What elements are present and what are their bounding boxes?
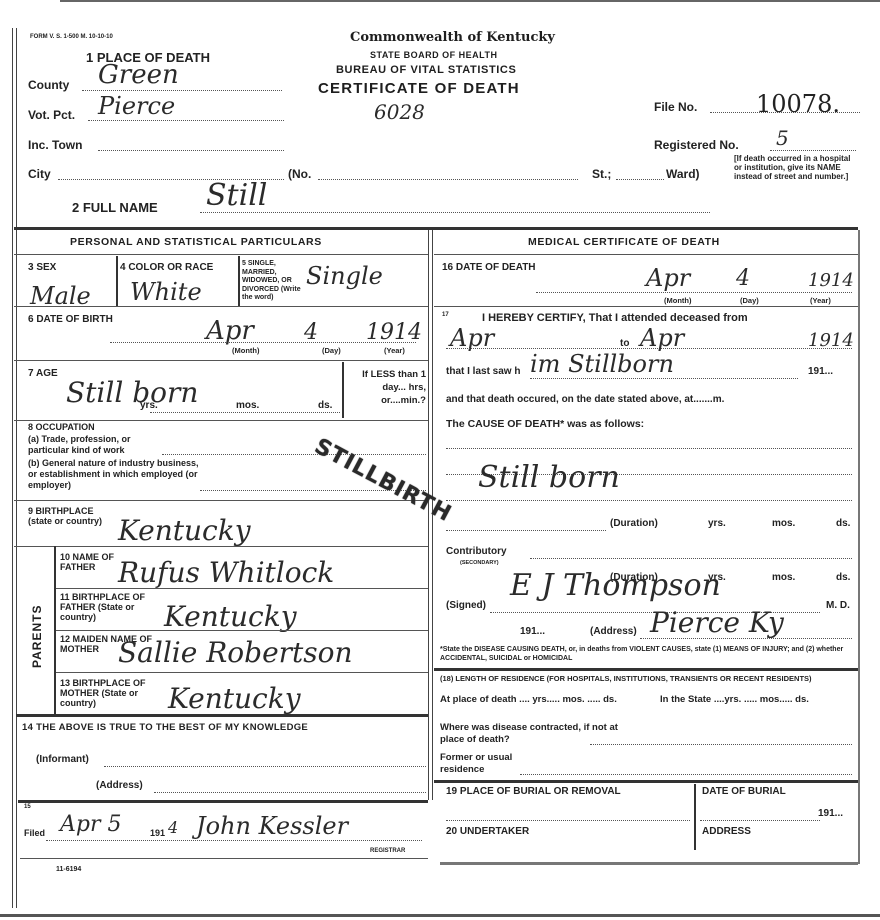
cause-line-3[interactable] xyxy=(446,500,852,501)
burial-date-field[interactable] xyxy=(700,820,820,821)
bureau-title: BUREAU OF VITAL STATISTICS xyxy=(336,64,516,76)
header-divider xyxy=(14,227,858,230)
registered-no-value: 5 xyxy=(776,126,789,150)
dob-year-caption: (Year) xyxy=(384,346,405,355)
undertaker-address-label: ADDRESS xyxy=(702,826,751,837)
board-title: STATE BOARD OF HEALTH xyxy=(370,50,498,60)
dob-day-caption: (Day) xyxy=(322,346,341,355)
parents-label: PARENTS xyxy=(30,605,44,668)
mother-birthplace-value: Kentucky xyxy=(168,682,301,715)
mother-maiden-value: Sallie Robertson xyxy=(118,636,353,669)
duration-yrs-1: yrs. xyxy=(708,518,726,529)
inc-town-field[interactable] xyxy=(98,150,284,151)
county-value: Green xyxy=(98,60,179,90)
registered-no-field[interactable] xyxy=(770,150,856,151)
signed-year: 191... xyxy=(520,626,545,637)
full-name-field[interactable] xyxy=(200,212,710,213)
full-name-value: Still xyxy=(206,178,267,213)
duration-label-1: (Duration) xyxy=(610,518,658,529)
county-label: County xyxy=(28,78,69,92)
section-15: 15 xyxy=(24,804,31,810)
last-saw-field[interactable] xyxy=(530,378,798,379)
cause-line-1[interactable] xyxy=(446,448,852,449)
birthplace-value: Kentucky xyxy=(118,514,251,547)
filed-year-prefix: 191 xyxy=(150,828,165,838)
occupation-b: (b) General nature of industry business,… xyxy=(28,458,204,491)
row-rule-5 xyxy=(14,546,428,547)
age-mos: mos. xyxy=(236,400,259,411)
occupation-a-field[interactable] xyxy=(162,454,426,455)
informant-label: (Informant) xyxy=(36,754,89,765)
burial-place-label: 19 PLACE OF BURIAL OR REMOVAL xyxy=(446,786,621,797)
marital-label: 5 SINGLE, MARRIED, WIDOWED, OR DIVORCED … xyxy=(242,260,306,303)
age-ds: ds. xyxy=(318,400,332,411)
age-value: Still born xyxy=(66,376,198,409)
death-occurred-text: and that death occured, on the date stat… xyxy=(446,394,724,405)
burial-date-label: DATE OF BURIAL xyxy=(702,786,786,797)
attended-to-year: 1914 xyxy=(808,330,854,351)
dob-label: 6 DATE OF BIRTH xyxy=(28,314,113,325)
informant-address-label: (Address) xyxy=(96,780,143,791)
personal-heading: PERSONAL AND STATISTICAL PARTICULARS xyxy=(70,236,322,248)
vot-pct-label: Vot. Pct. xyxy=(28,108,75,122)
medical-rule-1 xyxy=(434,306,858,307)
vot-pct-field[interactable] xyxy=(88,120,284,121)
row-rule-2 xyxy=(14,360,428,361)
age-yrs: yrs. xyxy=(140,400,158,411)
city-label: City xyxy=(28,167,51,181)
father-birthplace-value: Kentucky xyxy=(164,600,297,633)
dob-day: 4 xyxy=(304,320,318,345)
birthplace-label: 9 BIRTHPLACE (state or country) xyxy=(28,506,108,526)
stillbirth-stamp: STILLBIRTH xyxy=(310,434,455,527)
race-marital-divider xyxy=(238,256,240,306)
informant-bottom-rule xyxy=(18,800,428,803)
dod-day-caption: (Day) xyxy=(740,296,759,305)
sex-race-divider xyxy=(116,256,118,306)
secondary-label: (SECONDARY) xyxy=(460,560,499,566)
former-residence-field[interactable] xyxy=(520,774,852,775)
filed-date: Apr 5 xyxy=(60,812,121,837)
parents-divider xyxy=(54,546,56,658)
burial-place-field[interactable] xyxy=(446,820,690,821)
inc-town-label: Inc. Town xyxy=(28,138,82,152)
parents-rule-3 xyxy=(56,672,428,673)
parents-rule-2 xyxy=(56,630,428,631)
county-field[interactable] xyxy=(82,90,282,91)
left-border xyxy=(12,28,17,908)
informant-address-field[interactable] xyxy=(154,792,426,793)
no-label: (No. xyxy=(288,167,311,181)
ward-label: Ward) xyxy=(666,167,700,181)
where-contracted: Where was disease contracted, if not at … xyxy=(440,722,640,746)
registered-no-label: Registered No. xyxy=(654,138,739,152)
contributory-label: Contributory xyxy=(446,546,507,557)
filed-field[interactable] xyxy=(46,840,422,841)
burial-year: 191... xyxy=(818,808,843,819)
doctor-address-value: Pierce Ky xyxy=(650,606,784,639)
where-contracted-field[interactable] xyxy=(590,744,852,745)
dob-month-caption: (Month) xyxy=(232,346,259,355)
filed-bottom-rule xyxy=(20,858,428,859)
ward-field[interactable] xyxy=(616,179,664,180)
registrar-signature: John Kessler xyxy=(196,812,348,840)
footer-code: 11-6194 xyxy=(56,866,81,873)
less-than-note: If LESS than 1 day... hrs, or....min.? xyxy=(346,368,426,407)
parents-rule-1 xyxy=(56,588,428,589)
sex-label: 3 SEX xyxy=(28,262,56,273)
father-name-label: 10 NAME OF FATHER xyxy=(60,552,120,572)
duration-mos-1: mos. xyxy=(772,518,795,529)
certificate-title: CERTIFICATE OF DEATH xyxy=(318,80,520,97)
mother-birthplace-label: 13 BIRTHPLACE OF MOTHER (State or countr… xyxy=(60,678,170,708)
top-border xyxy=(60,0,880,2)
doctor-address-field[interactable] xyxy=(640,638,852,639)
residence-heading: (18) LENGTH OF RESIDENCE (FOR HOSPITALS,… xyxy=(440,674,856,683)
occupation-label: 8 OCCUPATION xyxy=(28,422,95,432)
burial-bottom-rule xyxy=(440,862,858,865)
doctor-address-label: (Address) xyxy=(590,626,637,637)
dod-day: 4 xyxy=(736,266,750,291)
residence-bottom-rule xyxy=(434,780,858,783)
marital-value: Single xyxy=(306,262,383,290)
medical-heading: MEDICAL CERTIFICATE OF DEATH xyxy=(528,236,720,248)
last-saw-value: im Stillborn xyxy=(530,350,674,378)
signed-label: (Signed) xyxy=(446,600,486,611)
father-birthplace-label: 11 BIRTHPLACE OF FATHER (State or countr… xyxy=(60,592,150,622)
undertaker-label: 20 UNDERTAKER xyxy=(446,826,529,837)
parents-bottom-rule xyxy=(16,714,428,717)
cause-label: The CAUSE OF DEATH* was as follows: xyxy=(446,418,644,430)
burial-divider xyxy=(694,784,696,850)
dob-year: 1914 xyxy=(366,320,422,345)
cause-duration-field[interactable] xyxy=(446,530,606,531)
age-label: 7 AGE xyxy=(28,368,58,379)
occupation-a: (a) Trade, profession, or particular kin… xyxy=(28,434,168,456)
vot-pct-value: Pierce xyxy=(98,92,175,120)
last-saw-label: that I last saw h xyxy=(446,366,520,377)
date-of-death-field[interactable] xyxy=(536,292,852,293)
attended-to-label: to xyxy=(620,338,629,349)
in-the-state: In the State ....yrs. ..... mos..... ds. xyxy=(660,694,860,706)
personal-heading-rule xyxy=(14,254,428,255)
at-place-of-death: At place of death .... yrs..... mos. ...… xyxy=(440,694,640,706)
row-rule-4 xyxy=(14,500,428,501)
signed-value: E J Thompson xyxy=(510,568,721,603)
certify-text: I HEREBY CERTIFY, That I attended deceas… xyxy=(482,312,748,324)
informant-field[interactable] xyxy=(104,766,426,767)
dod-month-caption: (Month) xyxy=(664,296,691,305)
father-name-value: Rufus Whitlock xyxy=(118,556,334,589)
row-rule-1 xyxy=(14,306,428,307)
dob-month: Apr xyxy=(206,316,254,346)
handwritten-number: 6028 xyxy=(374,100,425,124)
st-label: St.; xyxy=(592,167,611,181)
duration-mos-2: mos. xyxy=(772,572,795,583)
row-rule-3 xyxy=(14,420,428,421)
age-field[interactable] xyxy=(150,412,340,413)
parents-divider-lower xyxy=(54,658,56,714)
date-of-death-label: 16 DATE OF DEATH xyxy=(442,262,536,273)
filed-year-suffix: 4 xyxy=(168,818,178,837)
cause-footnote: *State the DISEASE CAUSING DEATH, or, in… xyxy=(440,646,856,663)
medical-footnote-rule xyxy=(434,668,858,671)
certify-number: 17 xyxy=(442,312,449,318)
commonwealth-title: Commonwealth of Kentucky xyxy=(350,30,555,45)
attended-to: Apr xyxy=(640,324,684,352)
registrar-label: REGISTRAR xyxy=(370,848,405,854)
race-label: 4 COLOR OR RACE xyxy=(120,262,213,273)
bottom-border xyxy=(0,914,880,917)
filed-label: Filed xyxy=(24,828,45,838)
md-label: M. D. xyxy=(826,600,850,611)
duration-ds-2: ds. xyxy=(836,572,850,583)
hospital-note: [If death occurred in a hospital or inst… xyxy=(734,154,858,181)
full-name-label: 2 FULL NAME xyxy=(72,200,158,215)
medical-heading-rule xyxy=(434,254,858,255)
cause-value: Still born xyxy=(478,460,620,495)
dod-year: 1914 xyxy=(808,270,854,291)
age-divider xyxy=(342,362,344,418)
file-no-label: File No. xyxy=(654,100,697,114)
contributory-field[interactable] xyxy=(530,558,852,559)
street-number-field[interactable] xyxy=(318,179,578,180)
dod-month: Apr xyxy=(646,264,690,292)
dod-year-caption: (Year) xyxy=(810,296,831,305)
right-border xyxy=(858,230,860,864)
last-saw-year: 191... xyxy=(808,366,833,377)
file-no-value: 10078. xyxy=(756,90,840,118)
form-code: FORM V. S. 1-500 M. 10-10-10 xyxy=(30,34,113,40)
race-value: White xyxy=(130,278,202,306)
duration-ds-1: ds. xyxy=(836,518,850,529)
informant-statement: 14 THE ABOVE IS TRUE TO THE BEST OF MY K… xyxy=(22,722,308,733)
former-residence: Former or usual residence xyxy=(440,752,550,776)
